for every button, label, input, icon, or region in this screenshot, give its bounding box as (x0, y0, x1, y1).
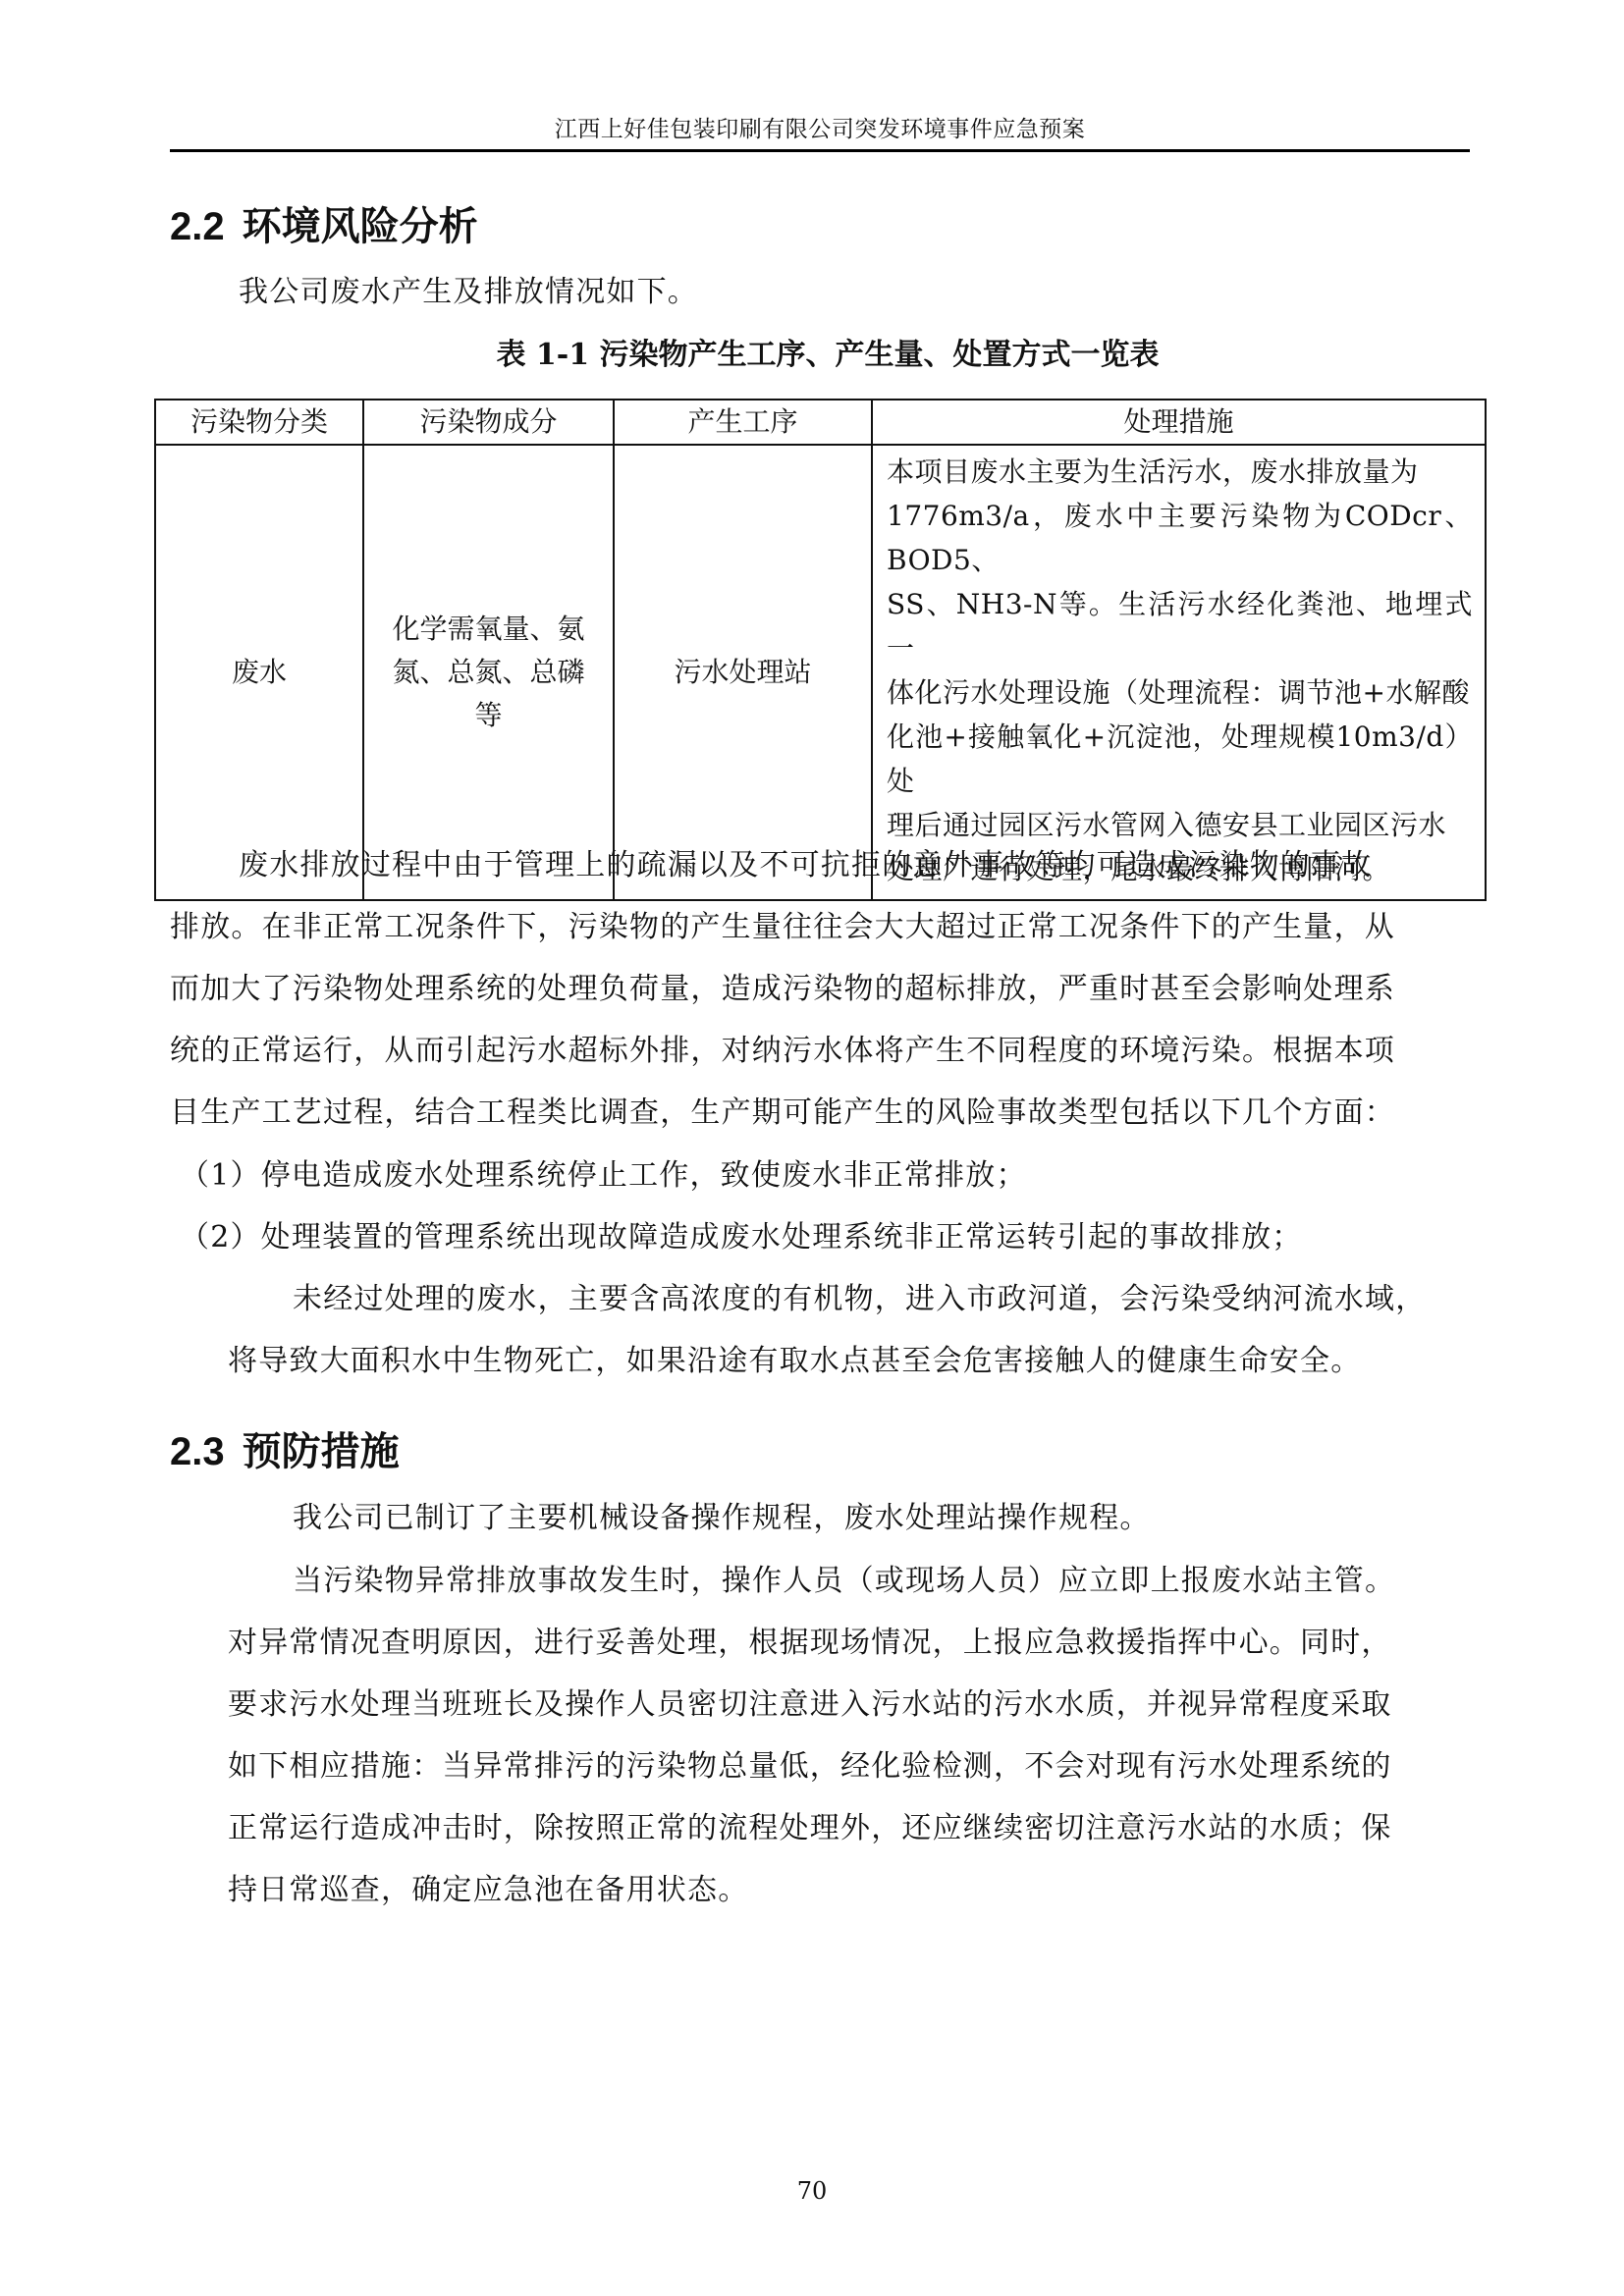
measure-line: 本项目废水主要为生活污水，废水排放量为 (887, 450, 1473, 494)
column-header: 处理措施 (872, 400, 1486, 445)
column-header: 污染物分类 (155, 400, 363, 445)
risk-paragraph-line: 排放。在非正常工况条件下，污染物的产生量往往会大大超过正常工况条件下的产生量，从 (170, 910, 1395, 945)
cell-category: 废水 (155, 445, 363, 900)
page-number: 70 (0, 2177, 1624, 2205)
header-rule (170, 149, 1470, 152)
intro-paragraph: 我公司废水产生及排放情况如下。 (239, 275, 698, 310)
measure-line: SS、NH3-N等。生活污水经化粪池、地埋式一 (887, 582, 1473, 670)
risk-paragraph-line: 统的正常运行，从而引起污水超标外排，对纳污水体将产生不同程度的环境污染。根据本项 (170, 1034, 1395, 1069)
components-line: 氮、总氮、总磷 (364, 651, 613, 694)
prevention-paragraph: 我公司已制订了主要机械设备操作规程，废水处理站操作规程。 (293, 1501, 1151, 1536)
consequence-line: 未经过处理的废水，主要含高浓度的有机物，进入市政河道，会污染受纳河流水域， (293, 1282, 1426, 1317)
consequence-line: 将导致大面积水中生物死亡，如果沿途有取水点甚至会危害接触人的健康生命安全。 (228, 1344, 1361, 1379)
risk-list-item: （1）停电造成废水处理系统停止工作，致使废水非正常排放； (180, 1158, 1027, 1194)
risk-paragraph-line: 而加大了污染物处理系统的处理负荷量，造成污染物的超标排放，严重时甚至会影响处理系 (170, 972, 1395, 1007)
section-number: 2.3 (170, 1430, 225, 1473)
table-row: 废水 化学需氧量、氨 氮、总氮、总磷 等 污水处理站 本项目废水主要为生活污水，… (155, 445, 1486, 900)
prevention-line: 当污染物异常排放事故发生时，操作人员（或现场人员）应立即上报废水站主管。 (293, 1564, 1395, 1599)
components-line: 化学需氧量、氨 (364, 608, 613, 651)
running-header: 江西上好佳包装印刷有限公司突发环境事件应急预案 (170, 116, 1470, 143)
cell-components: 化学需氧量、氨 氮、总氮、总磷 等 (363, 445, 614, 900)
risk-list-item: （2）处理装置的管理系统出现故障造成废水处理系统非正常运转引起的事故排放； (180, 1220, 1303, 1255)
measure-line: 1776m3/a，废水中主要污染物为CODcr、BOD5、 (887, 494, 1473, 582)
prevention-line: 正常运行造成冲击时，除按照正常的流程处理外，还应继续密切注意污水站的水质；保 (228, 1811, 1392, 1846)
cell-process: 污水处理站 (614, 445, 872, 900)
section-title: 环境风险分析 (243, 205, 478, 248)
column-header: 产生工序 (614, 400, 872, 445)
section-title: 预防措施 (243, 1430, 400, 1473)
table-header-row: 污染物分类 污染物成分 产生工序 处理措施 (155, 400, 1486, 445)
risk-paragraph-line: 废水排放过程中由于管理上的疏漏以及不可抗拒的意外事故等均可造成污染物的事故 (239, 848, 1372, 883)
cell-measures: 本项目废水主要为生活污水，废水排放量为 1776m3/a，废水中主要污染物为CO… (872, 445, 1486, 900)
section-heading-2-2: 2.2环境风险分析 (170, 204, 478, 249)
risk-paragraph-line: 目生产工艺过程，结合工程类比调查，生产期可能产生的风险事故类型包括以下几个方面： (170, 1095, 1395, 1131)
measure-line: 化池+接触氧化+沉淀池，处理规模10m3/d）处 (887, 715, 1473, 803)
pollutant-table: 污染物分类 污染物成分 产生工序 处理措施 废水 化学需氧量、氨 氮、总氮、总磷… (154, 399, 1487, 901)
prevention-line: 持日常巡查，确定应急池在备用状态。 (228, 1873, 748, 1908)
section-number: 2.2 (170, 205, 225, 248)
section-heading-2-3: 2.3预防措施 (170, 1429, 400, 1474)
prevention-line: 对异常情况查明原因，进行妥善处理，根据现场情况，上报应急救援指挥中心。同时， (228, 1626, 1392, 1661)
prevention-line: 要求污水处理当班班长及操作人员密切注意进入污水站的污水水质，并视异常程度采取 (228, 1687, 1392, 1723)
measure-line: 理后通过园区污水管网入德安县工业园区污水 (887, 803, 1473, 847)
prevention-line: 如下相应措施：当异常排污的污染物总量低，经化验检测，不会对现有污水处理系统的 (228, 1749, 1392, 1785)
measure-line: 体化污水处理设施（处理流程：调节池+水解酸 (887, 670, 1473, 715)
components-line: 等 (364, 694, 613, 737)
column-header: 污染物成分 (363, 400, 614, 445)
table-caption: 表 1-1 污染物产生工序、产生量、处置方式一览表 (170, 338, 1486, 373)
